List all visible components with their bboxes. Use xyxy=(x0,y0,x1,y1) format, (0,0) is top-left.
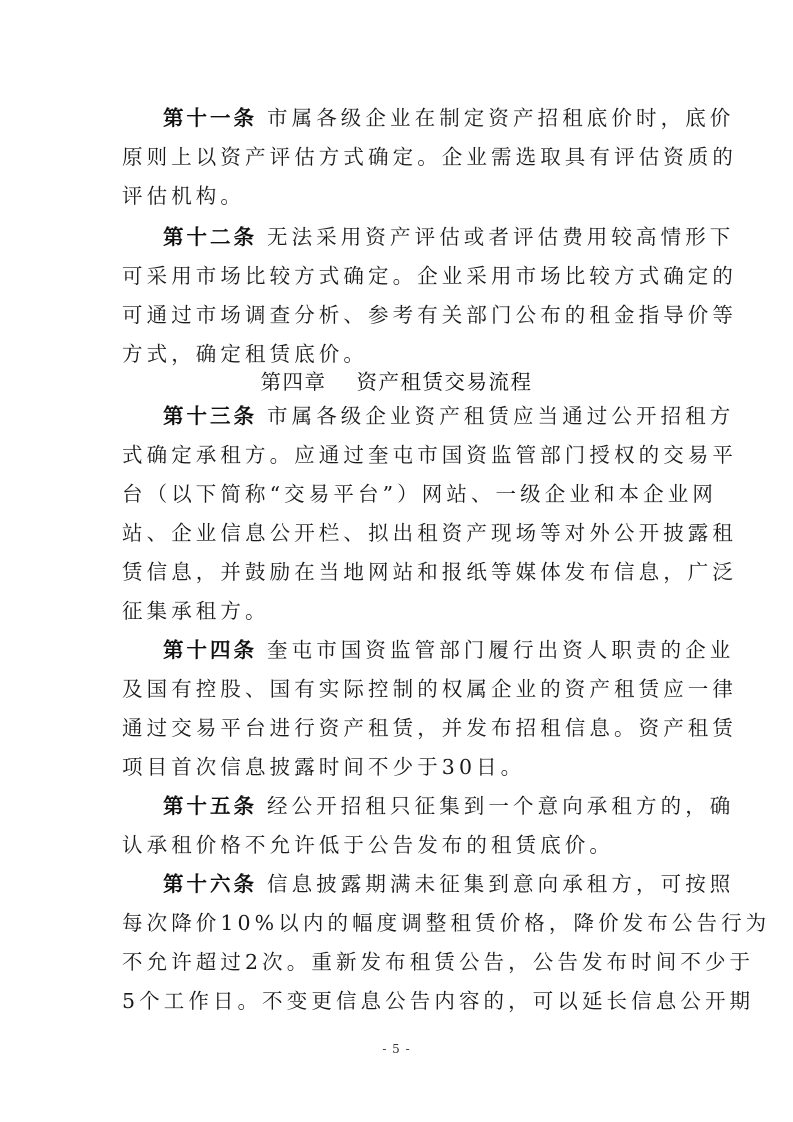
article-text: 市属各级企业资产租赁应当通过公开招租方 xyxy=(267,404,734,428)
article-label: 第十三条 xyxy=(163,404,257,428)
article-label: 第十六条 xyxy=(163,872,257,896)
document-page: 第十一条市属各级企业在制定资产招租底价时，底价 原则上以资产评估方式确定。企业需… xyxy=(0,0,793,1122)
article-16-line-1: 第十六条信息披露期满未征集到意向承租方，可按照 xyxy=(163,869,723,899)
article-text: 信息披露期满未征集到意向承租方，可按照 xyxy=(267,872,734,896)
article-16-line-4: 5个工作日。不变更信息公告内容的，可以延长信息公开期 xyxy=(122,986,682,1016)
article-11-line-1: 第十一条市属各级企业在制定资产招租底价时，底价 xyxy=(163,103,723,133)
article-11-line-2: 原则上以资产评估方式确定。企业需选取具有评估资质的 xyxy=(122,142,682,172)
article-13-line-4: 站、企业信息公开栏、拟出租资产现场等对外公开披露租 xyxy=(122,518,682,548)
article-label: 第十五条 xyxy=(163,794,257,818)
article-label: 第十一条 xyxy=(163,106,257,130)
chapter-number: 第四章 xyxy=(261,370,327,394)
article-12-line-3: 可通过市场调查分析、参考有关部门公布的租金指导价等 xyxy=(122,300,682,330)
article-text: 经公开招租只征集到一个意向承租方的，确 xyxy=(267,794,734,818)
page-number: - 5 - xyxy=(0,1042,793,1056)
article-14-line-2: 及国有控股、国有实际控制的权属企业的资产租赁应一律 xyxy=(122,674,682,704)
article-15-line-2: 认承租价格不允许低于公告发布的租赁底价。 xyxy=(122,830,682,860)
article-14-line-3: 通过交易平台进行资产租赁，并发布招租信息。资产租赁 xyxy=(122,713,682,743)
article-13-line-5: 赁信息，并鼓励在当地网站和报纸等媒体发布信息，广泛 xyxy=(122,557,682,587)
chapter-heading: 第四章资产租赁交易流程 xyxy=(0,367,793,397)
article-14-line-4: 项目首次信息披露时间不少于30日。 xyxy=(122,752,682,782)
article-12-line-1: 第十二条无法采用资产评估或者评估费用较高情形下 xyxy=(163,222,723,252)
article-label: 第十四条 xyxy=(163,638,257,662)
article-16-line-3: 不允许超过2次。重新发布租赁公告，公告发布时间不少于 xyxy=(122,947,682,977)
article-label: 第十二条 xyxy=(163,225,257,249)
article-13-line-2: 式确定承租方。应通过奎屯市国资监管部门授权的交易平 xyxy=(122,440,682,470)
article-12-line-4: 方式，确定租赁底价。 xyxy=(122,339,682,369)
article-text: 市属各级企业在制定资产招租底价时，底价 xyxy=(267,106,734,130)
article-12-line-2: 可采用市场比较方式确定。企业采用市场比较方式确定的 xyxy=(122,261,682,291)
article-13-line-6: 征集承租方。 xyxy=(122,596,682,626)
article-14-line-1: 第十四条奎屯市国资监管部门履行出资人职责的企业 xyxy=(163,635,723,665)
article-text: 无法采用资产评估或者评估费用较高情形下 xyxy=(267,225,734,249)
article-16-line-2: 每次降价10%以内的幅度调整租赁价格，降价发布公告行为 xyxy=(122,908,682,938)
article-11-line-3: 评估机构。 xyxy=(122,181,682,211)
article-13-line-3: 台（以下简称“交易平台”）网站、一级企业和本企业网 xyxy=(122,479,682,509)
article-15-line-1: 第十五条经公开招租只征集到一个意向承租方的，确 xyxy=(163,791,723,821)
article-13-line-1: 第十三条市属各级企业资产租赁应当通过公开招租方 xyxy=(163,401,723,431)
article-text: 奎屯市国资监管部门履行出资人职责的企业 xyxy=(267,638,734,662)
chapter-title: 资产租赁交易流程 xyxy=(357,370,533,394)
